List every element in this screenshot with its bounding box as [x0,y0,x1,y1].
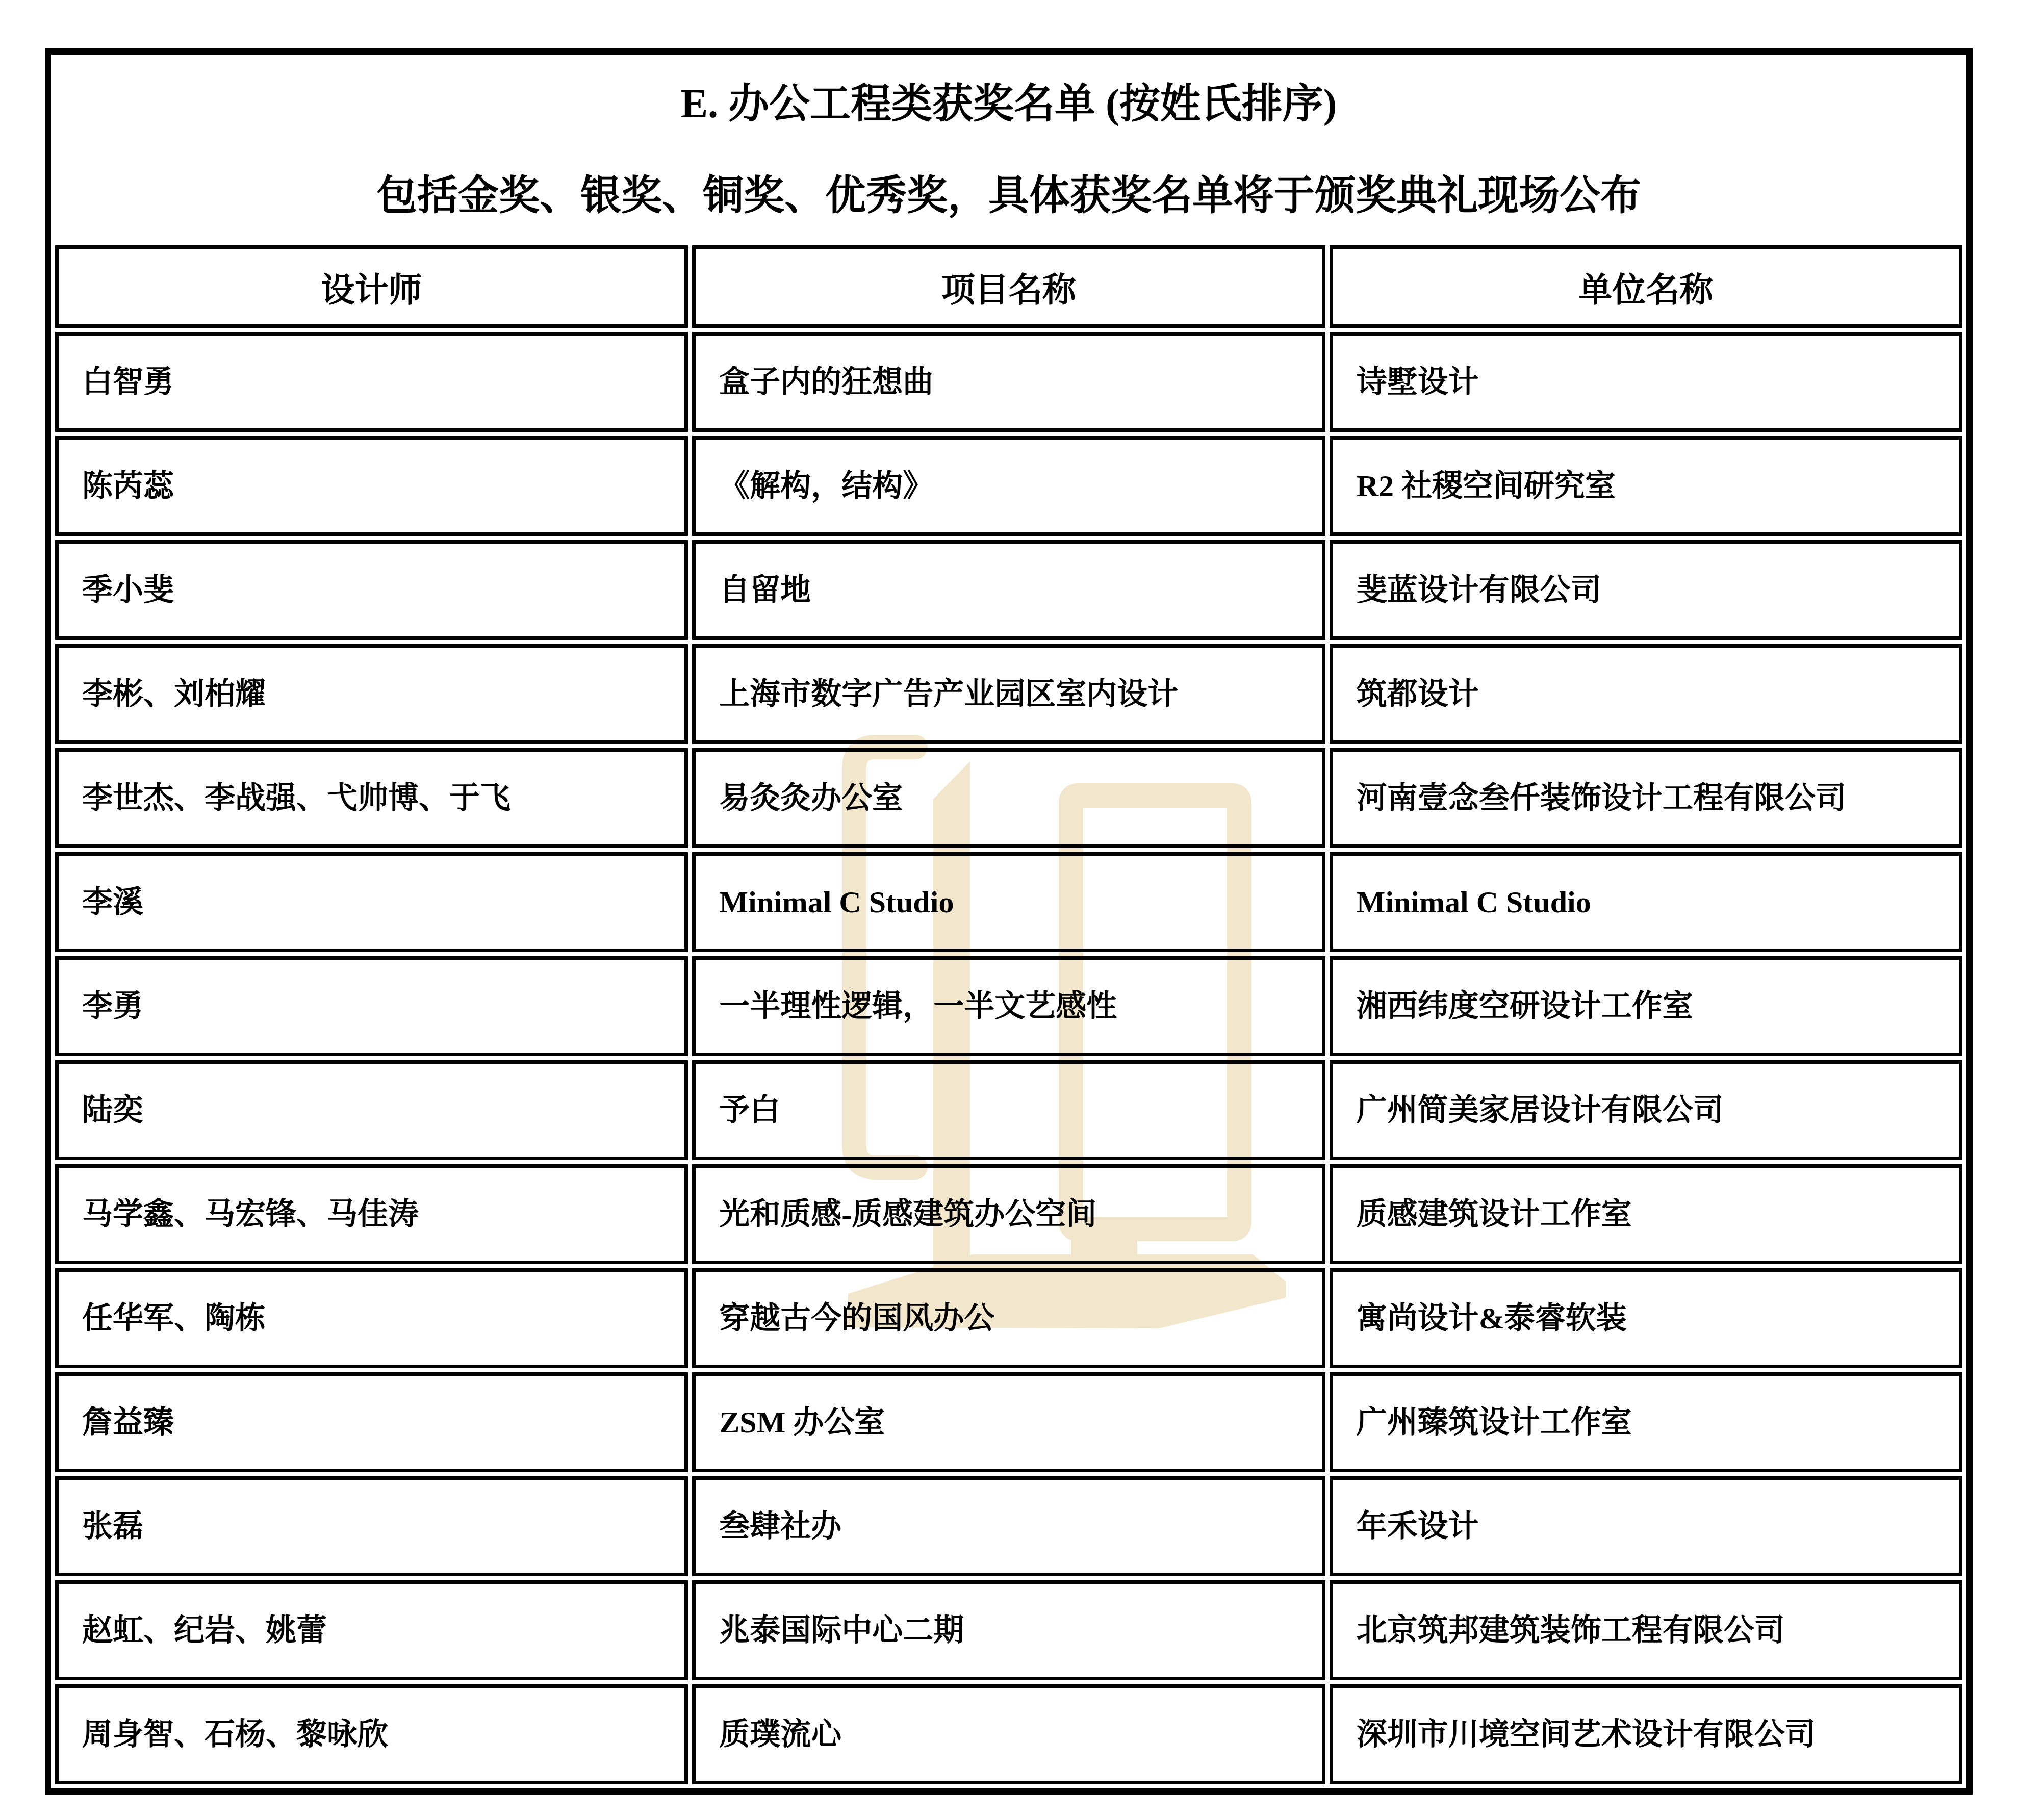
page: E. 办公工程类获奖名单 (按姓氏排序) 包括金奖、银奖、铜奖、优秀奖，具体获奖… [0,0,2018,1820]
company-cell: 湘西纬度空研设计工作室 [1330,956,1962,1056]
company-cell: 河南壹念叁仟装饰设计工程有限公司 [1330,748,1962,848]
table-row: 李溪 Minimal C Studio Minimal C Studio [55,852,1962,952]
table-row: 陆奕 予白 广州简美家居设计有限公司 [55,1060,1962,1160]
table-title-block: E. 办公工程类获奖名单 (按姓氏排序) 包括金奖、银奖、铜奖、优秀奖，具体获奖… [55,59,1962,241]
table-row: 李勇 一半理性逻辑，一半文艺感性 湘西纬度空研设计工作室 [55,956,1962,1056]
project-cell: 易灸灸办公室 [692,748,1325,848]
company-cell: Minimal C Studio [1330,852,1962,952]
project-cell: 盒子内的狂想曲 [692,332,1325,432]
project-cell: 质璞流心 [692,1684,1325,1784]
page-subtitle: 包括金奖、银奖、铜奖、优秀奖，具体获奖名单将于颁奖典礼现场公布 [56,175,1962,216]
designer-cell: 李世杰、李战强、弋帅博、于飞 [55,748,688,848]
table-row: 马学鑫、马宏锋、马佳涛 光和质感-质感建筑办公空间 质感建筑设计工作室 [55,1164,1962,1264]
designer-cell: 赵虹、纪岩、姚蕾 [55,1580,688,1680]
project-cell: 光和质感-质感建筑办公空间 [692,1164,1325,1264]
table-row: 赵虹、纪岩、姚蕾 兆泰国际中心二期 北京筑邦建筑装饰工程有限公司 [55,1580,1962,1680]
company-cell: 寓尚设计&泰睿软装 [1330,1268,1962,1368]
table-row: 张磊 叁肆社办 年禾设计 [55,1476,1962,1576]
company-cell: 北京筑邦建筑装饰工程有限公司 [1330,1580,1962,1680]
table-row: 李彬、刘柏耀 上海市数字广告产业园区室内设计 筑都设计 [55,644,1962,744]
designer-cell: 陈芮蕊 [55,436,688,536]
company-cell: 诗墅设计 [1330,332,1962,432]
designer-cell: 任华军、陶栋 [55,1268,688,1368]
designer-cell: 李彬、刘柏耀 [55,644,688,744]
project-cell: 叁肆社办 [692,1476,1325,1576]
designer-cell: 周身智、石杨、黎咏欣 [55,1684,688,1784]
company-cell: 筑都设计 [1330,644,1962,744]
designer-cell: 马学鑫、马宏锋、马佳涛 [55,1164,688,1264]
column-header-project: 项目名称 [692,245,1325,328]
company-cell: 广州臻筑设计工作室 [1330,1372,1962,1472]
project-cell: 穿越古今的国风办公 [692,1268,1325,1368]
column-header-designer: 设计师 [55,245,688,328]
company-cell: 年禾设计 [1330,1476,1962,1576]
company-cell: 深圳市川境空间艺术设计有限公司 [1330,1684,1962,1784]
project-cell: 兆泰国际中心二期 [692,1580,1325,1680]
designer-cell: 季小斐 [55,540,688,640]
table-body: 白智勇 盒子内的狂想曲 诗墅设计 陈芮蕊 《解构，结构》 R2 社稷空间研究室 … [55,332,1962,1784]
table-row: 詹益臻 ZSM 办公室 广州臻筑设计工作室 [55,1372,1962,1472]
project-cell: Minimal C Studio [692,852,1325,952]
company-cell: 质感建筑设计工作室 [1330,1164,1962,1264]
table-row: 白智勇 盒子内的狂想曲 诗墅设计 [55,332,1962,432]
table-row: 季小斐 自留地 斐蓝设计有限公司 [55,540,1962,640]
company-cell: 广州简美家居设计有限公司 [1330,1060,1962,1160]
designer-cell: 李勇 [55,956,688,1056]
project-cell: 予白 [692,1060,1325,1160]
header-row: 设计师 项目名称 单位名称 [55,245,1962,328]
company-cell: R2 社稷空间研究室 [1330,436,1962,536]
designer-cell: 詹益臻 [55,1372,688,1472]
project-cell: 一半理性逻辑，一半文艺感性 [692,956,1325,1056]
column-header-company: 单位名称 [1330,245,1962,328]
designer-cell: 李溪 [55,852,688,952]
project-cell: 《解构，结构》 [692,436,1325,536]
page-title: E. 办公工程类获奖名单 (按姓氏排序) [56,84,1962,124]
table-row: 任华军、陶栋 穿越古今的国风办公 寓尚设计&泰睿软装 [55,1268,1962,1368]
project-cell: 上海市数字广告产业园区室内设计 [692,644,1325,744]
project-cell: 自留地 [692,540,1325,640]
table-row: 李世杰、李战强、弋帅博、于飞 易灸灸办公室 河南壹念叁仟装饰设计工程有限公司 [55,748,1962,848]
table-row: 周身智、石杨、黎咏欣 质璞流心 深圳市川境空间艺术设计有限公司 [55,1684,1962,1784]
designer-cell: 张磊 [55,1476,688,1576]
table-row: 陈芮蕊 《解构，结构》 R2 社稷空间研究室 [55,436,1962,536]
company-cell: 斐蓝设计有限公司 [1330,540,1962,640]
designer-cell: 白智勇 [55,332,688,432]
award-table: E. 办公工程类获奖名单 (按姓氏排序) 包括金奖、银奖、铜奖、优秀奖，具体获奖… [45,48,1973,1795]
project-cell: ZSM 办公室 [692,1372,1325,1472]
designer-cell: 陆奕 [55,1060,688,1160]
